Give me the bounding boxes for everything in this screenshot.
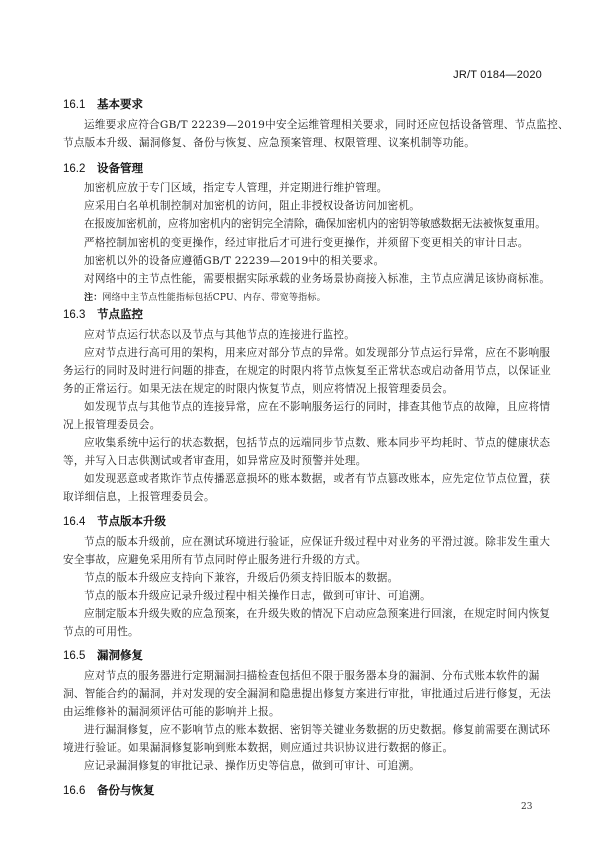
paragraph-line: 等，并写入日志供测试或者审查用，如异常应及时预警并处理。 — [63, 454, 543, 468]
paragraph-line: 节点的版本升级应记录升级过程中相关操作日志，做到可审计、可追溯。 — [84, 589, 543, 603]
paragraph-line: 节点的版本升级应支持向下兼容，升级后仍须支持旧版本的数据。 — [84, 571, 543, 585]
paragraph-line: 应收集系统中运行的状态数据，包括节点的远端同步节点数、账本同步平均耗时、节点的健… — [84, 436, 543, 450]
paragraph-line: 节点的可用性。 — [63, 625, 543, 639]
paragraph-line: 节点版本升级、漏洞修复、备份与恢复、应急预案管理、权限管理、议案机制等功能。 — [63, 136, 543, 150]
paragraph-line: 如发现恶意或者欺诈节点传播恶意损坏的账本数据，或者有节点篡改账本，应先定位节点位… — [84, 472, 543, 486]
paragraph-line: 务的正常运行。如果无法在规定的时限内恢复节点，则应将情况上报管理委员会。 — [63, 382, 543, 396]
paragraph-line: 洞、智能合约的漏洞，并对发现的安全漏洞和隐患提出修复方案进行审批，审批通过后进行… — [63, 687, 543, 701]
paragraph-line: 务运行的同时及时进行问题的排查，在规定的时限内将节点恢复至正常状态或启动备用节点… — [63, 364, 543, 378]
section-number: 16.3 — [63, 309, 97, 321]
section-heading-16-1: 16.1基本要求 — [63, 96, 143, 112]
note: 注：网络中主节点性能指标包括CPU、内存、带宽等指标。 — [84, 290, 326, 303]
paragraph-line: 进行漏洞修复，应不影响节点的账本数据、密钥等关键业务数据的历史数据。修复前需要在… — [84, 723, 543, 737]
paragraph-line: 应对节点的服务器进行定期漏洞扫描检查包括但不限于服务器本身的漏洞、分布式账本软件… — [84, 669, 543, 683]
section-number: 16.1 — [63, 99, 97, 111]
paragraph-line: 运维要求应符合GB/T 22239—2019中安全运维管理相关要求，同时还应包括… — [84, 118, 543, 132]
paragraph-line: 应制定版本升级失败的应急预案，在升级失败的情况下启动应急预案进行回滚，在规定时间… — [84, 607, 543, 621]
paragraph-line: 节点的版本升级前，应在测试环境进行验证，应保证升级过程中对业务的平滑过渡。除非发… — [84, 535, 543, 549]
section-title: 设备管理 — [97, 163, 143, 175]
paragraph-line: 对网络中的主节点性能，需要根据实际承载的业务场景协商接入标准，主节点应满足该协商… — [84, 272, 543, 286]
note-label: 注： — [84, 293, 102, 303]
paragraph-line: 在报废加密机前，应将加密机内的密钥完全清除，确保加密机内的密钥等敏感数据无法被恢… — [84, 217, 543, 231]
section-title: 漏洞修复 — [97, 650, 143, 662]
section-number: 16.5 — [63, 650, 97, 662]
section-heading-16-6: 16.6备份与恢复 — [63, 782, 155, 798]
document-code: JR/T 0184—2020 — [453, 69, 542, 81]
paragraph-line: 加密机应放于专门区域，指定专人管理，并定期进行维护管理。 — [84, 181, 543, 195]
paragraph-line: 安全事故，应避免采用所有节点同时停止服务进行升级的方式。 — [63, 553, 543, 567]
paragraph-line: 严格控制加密机的变更操作，经过审批后才可进行变更操作，并须留下变更相关的审计日志… — [84, 236, 543, 250]
paragraph-line: 境进行验证。如果漏洞修复影响到账本数据，则应通过共识协议进行数据的修正。 — [63, 741, 543, 755]
paragraph-line: 况上报管理委员会。 — [63, 418, 543, 432]
paragraph-line: 加密机以外的设备应遵循GB/T 22239—2019中的相关要求。 — [84, 254, 543, 268]
section-heading-16-4: 16.4节点版本升级 — [63, 513, 166, 529]
paragraph-line: 应采用白名单机制控制对加密机的访问，阻止非授权设备访问加密机。 — [84, 199, 543, 213]
section-number: 16.4 — [63, 516, 97, 528]
section-title: 基本要求 — [97, 99, 143, 111]
section-heading-16-5: 16.5漏洞修复 — [63, 647, 143, 663]
section-heading-16-2: 16.2设备管理 — [63, 160, 143, 176]
paragraph-line: 如发现节点与其他节点的连接异常，应在不影响服务运行的同时，排查其他节点的故障，且… — [84, 400, 543, 414]
document-page: JR/T 0184—2020 16.1基本要求 运维要求应符合GB/T 2223… — [0, 0, 600, 849]
section-number: 16.2 — [63, 163, 97, 175]
section-title: 备份与恢复 — [97, 785, 155, 797]
paragraph-line: 应记录漏洞修复的审批记录、操作历史等信息，做到可审计、可追溯。 — [84, 759, 543, 773]
section-title: 节点监控 — [97, 309, 143, 321]
section-title: 节点版本升级 — [97, 516, 166, 528]
paragraph-line: 应对节点运行状态以及节点与其他节点的连接进行监控。 — [84, 328, 543, 342]
paragraph-line: 应对节点进行高可用的架构，用来应对部分节点的异常。如发现部分节点运行异常，应在不… — [84, 346, 543, 360]
page-number: 23 — [521, 802, 532, 812]
section-number: 16.6 — [63, 785, 97, 797]
note-text: 网络中主节点性能指标包括CPU、内存、带宽等指标。 — [102, 293, 325, 303]
paragraph-line: 取详细信息，上报管理委员会。 — [63, 490, 543, 504]
paragraph-line: 由运维修补的漏洞须评估可能的影响并上报。 — [63, 705, 543, 719]
section-heading-16-3: 16.3节点监控 — [63, 306, 143, 322]
